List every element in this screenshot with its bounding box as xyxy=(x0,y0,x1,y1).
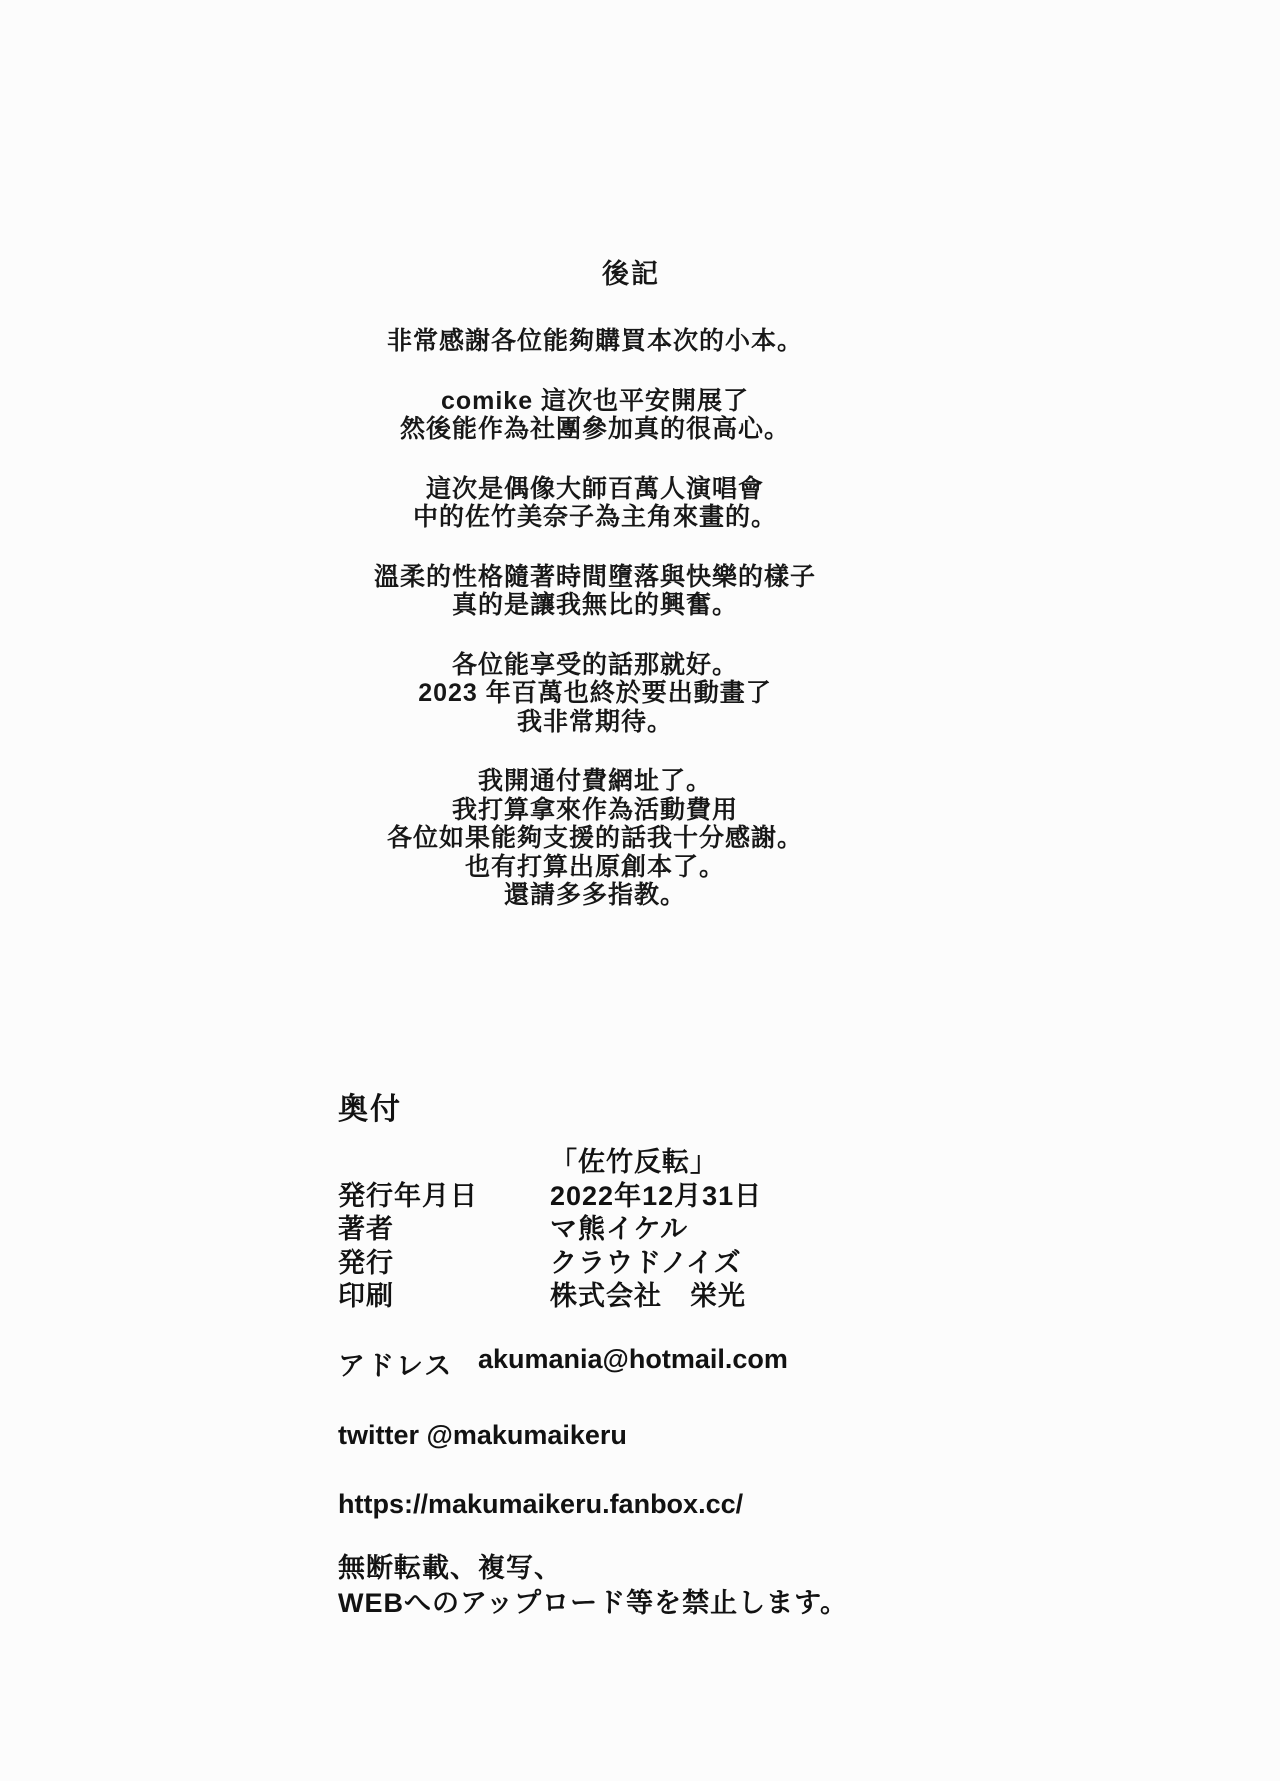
email-address-value: akumania@hotmail.com xyxy=(478,1344,788,1383)
doujinshi-afterword-page: 後記 非常感謝各位能夠購買本次的小本。 comike 這次也平安開展了 然後能作… xyxy=(0,0,1280,1781)
afterword-line: 2023 年百萬也終於要出動畫了 xyxy=(0,679,1190,708)
colophon-row-publisher: 発行 クラウドノイズ xyxy=(338,1241,848,1275)
colophon-row-printer: 印刷 株式会社 栄光 xyxy=(338,1274,848,1308)
afterword-line: 各位能享受的話那就好。 xyxy=(0,651,1190,680)
afterword-line: 也有打算出原創本了。 xyxy=(0,853,1190,882)
email-address-row: アドレス akumania@hotmail.com xyxy=(338,1344,848,1383)
afterword-section: 後記 非常感謝各位能夠購買本次的小本。 comike 這次也平安開展了 然後能作… xyxy=(0,252,1190,926)
colophon-section: 奥付 「佐竹反転」 発行年月日 2022年12月31日 著者 マ熊イケル 発行 … xyxy=(338,1084,848,1621)
afterword-line: 我開通付費網址了。 xyxy=(0,767,1190,796)
copyright-notice-line: 無断転載、複写、 xyxy=(338,1551,848,1586)
colophon-row-title: 「佐竹反転」 xyxy=(338,1140,848,1174)
afterword-line: 還請多多指教。 xyxy=(0,881,1190,910)
afterword-line: 這次是偶像大師百萬人演唱會 xyxy=(0,475,1190,504)
twitter-handle: twitter @makumaikeru xyxy=(338,1420,848,1451)
afterword-line: 然後能作為社團參加真的很高心。 xyxy=(0,415,1190,444)
colophon-table: 「佐竹反転」 発行年月日 2022年12月31日 著者 マ熊イケル 発行 クラウ… xyxy=(338,1140,848,1308)
colophon-heading: 奥付 xyxy=(338,1084,848,1128)
afterword-line: 非常感謝各位能夠購買本次的小本。 xyxy=(0,327,1190,356)
afterword-line: 真的是讓我無比的興奮。 xyxy=(0,591,1190,620)
copyright-notice-line: WEBへのアップロード等を禁止します。 xyxy=(338,1586,848,1621)
fanbox-url: https://makumaikeru.fanbox.cc/ xyxy=(338,1489,848,1520)
afterword-line: 中的佐竹美奈子為主角來畫的。 xyxy=(0,503,1190,532)
copyright-notice: 無断転載、複写、 WEBへのアップロード等を禁止します。 xyxy=(338,1551,848,1621)
afterword-line: comike 這次也平安開展了 xyxy=(0,387,1190,416)
afterword-line: 我打算拿來作為活動費用 xyxy=(0,796,1190,825)
colophon-row-publish-date: 発行年月日 2022年12月31日 xyxy=(338,1174,848,1208)
afterword-line: 各位如果能夠支援的話我十分感謝。 xyxy=(0,824,1190,853)
afterword-line: 溫柔的性格隨著時間墮落與快樂的樣子 xyxy=(0,563,1190,592)
colophon-row-label: 印刷 xyxy=(338,1274,550,1313)
afterword-line: 我非常期待。 xyxy=(0,708,1190,737)
printer-name: 株式会社 栄光 xyxy=(550,1274,746,1313)
email-address-label: アドレス xyxy=(338,1344,478,1383)
colophon-row-author: 著者 マ熊イケル xyxy=(338,1207,848,1241)
afterword-title: 後記 xyxy=(0,252,1190,291)
